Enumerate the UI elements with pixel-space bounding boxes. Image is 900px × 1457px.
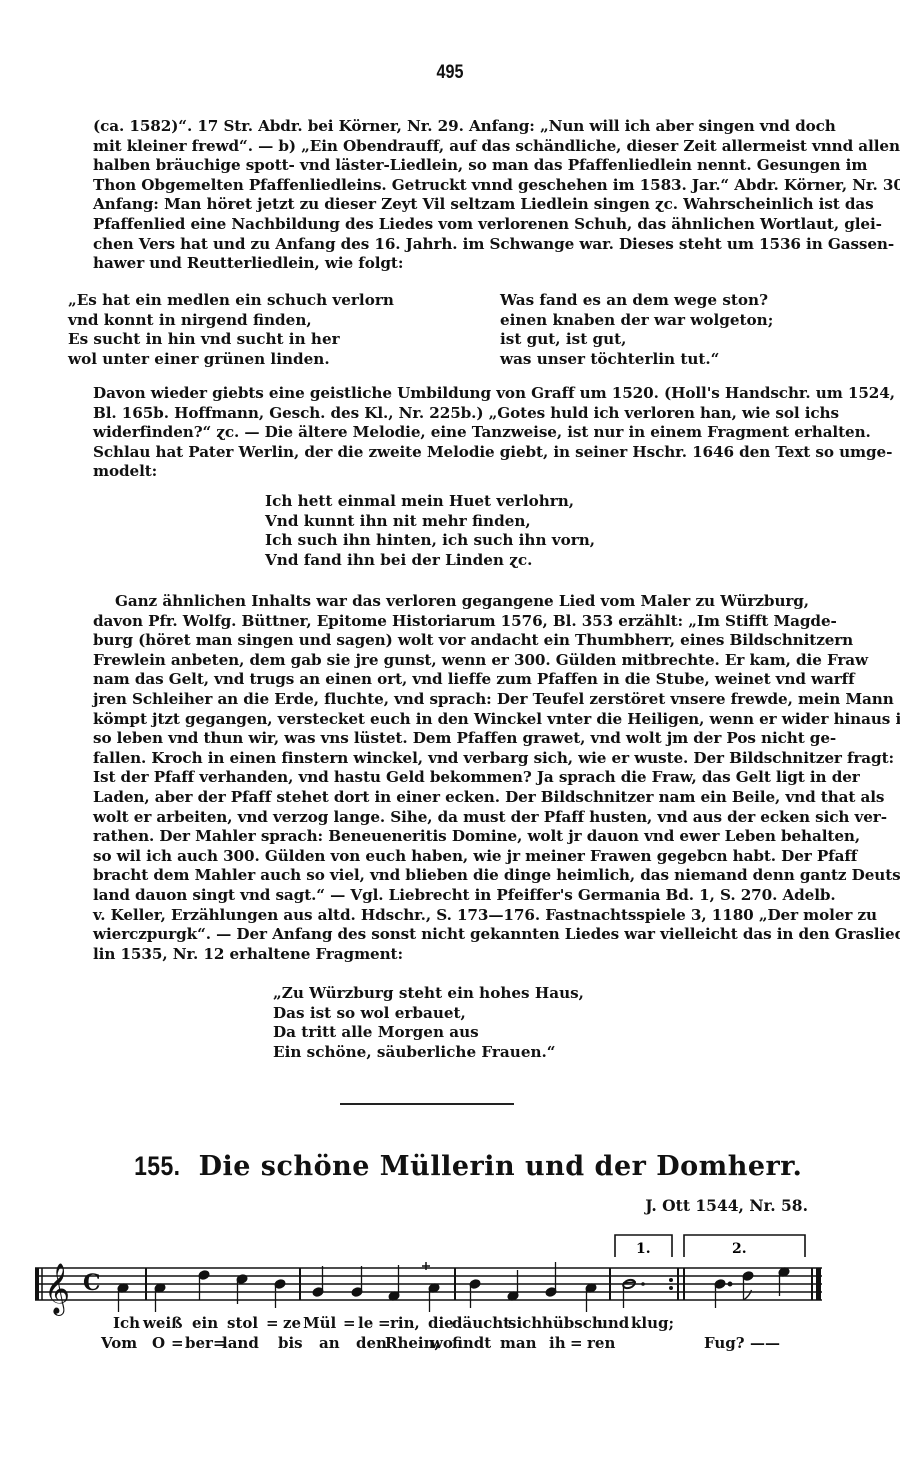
text-line: (ca. 1582)“. 17 Str. Abdr. bei Körner, N… [93, 117, 809, 137]
text-line: Davon wieder giebts eine geistliche Umbi… [93, 384, 809, 404]
notes [117, 1262, 790, 1312]
page-number: 495 [68, 62, 833, 84]
text-line: Laden, aber der Pfaff stehet dort in ein… [93, 788, 809, 808]
lyric-syllable: ih [549, 1334, 566, 1352]
verse-line: Ein schöne, säuberliche Frauen.“ [273, 1043, 584, 1063]
verse-line: Da tritt alle Morgen aus [273, 1023, 584, 1043]
paragraph-1: (ca. 1582)“. 17 Str. Abdr. bei Körner, N… [93, 117, 809, 274]
verse-line: Vnd fand ihn bei der Linden ɀc. [265, 551, 595, 571]
text-line: Pfaffenlied eine Nachbildung des Liedes … [93, 215, 809, 235]
text-line: kömpt jtzt gegangen, verstecket euch in … [93, 710, 809, 730]
lyric-syllable: ber [185, 1334, 213, 1352]
text-line: Schlau hat Pater Werlin, der die zweite … [93, 443, 809, 463]
lyric-syllable: = [343, 1314, 356, 1332]
section-heading: 155.Die schöne Müllerin und der Domherr. [130, 1151, 802, 1182]
text-line: Frewlein anbeten, dem gab sie jre gunst,… [93, 651, 809, 671]
lyric-syllable: land [222, 1334, 259, 1352]
verse-line: „Es hat ein medlen ein schuch verlorn [68, 291, 394, 311]
lyric-syllable: wo [430, 1334, 453, 1352]
lyric-syllable: den [356, 1334, 387, 1352]
section-divider [340, 1103, 514, 1105]
lyric-syllable: klug; [631, 1314, 674, 1332]
verse-line: vnd konnt in nirgend finden, [68, 311, 394, 331]
lyric-syllable: ze [283, 1314, 301, 1332]
volta-1-label: 1. [636, 1241, 651, 1257]
text-line: Ganz ähnlichen Inhalts war das verloren … [93, 592, 809, 612]
lyric-syllable: bis [278, 1334, 303, 1352]
treble-clef-icon: 𝄞 [44, 1263, 70, 1316]
lyrics-line-2: VomO=ber=landbisandenRhein,wofindtmanih=… [0, 1334, 900, 1356]
lyric-syllable: Mül [303, 1314, 336, 1332]
text-line: v. Keller, Erzählungen aus altd. Hdschr.… [93, 906, 809, 926]
text-line: nam das Gelt, vnd trugs an einen ort, vn… [93, 670, 809, 690]
lyric-syllable: = [266, 1314, 279, 1332]
text-line: Bl. 165b. Hoffmann, Gesch. des Kl., Nr. … [93, 404, 809, 424]
verse-3: „Zu Würzburg steht ein hohes Haus,Das is… [273, 984, 584, 1062]
lyric-syllable: däucht [452, 1314, 510, 1332]
lyric-syllable: ren [587, 1334, 615, 1352]
text-line: halben bräuchige spott- vnd läster-Liedl… [93, 156, 809, 176]
paragraph-2: Davon wieder giebts eine geistliche Umbi… [93, 384, 809, 482]
text-line: Anfang: Man höret jetzt zu dieser Zeyt V… [93, 195, 809, 215]
text-line: land dauon singt vnd sagt.“ — Vgl. Liebr… [93, 886, 809, 906]
lyric-syllable: und [597, 1314, 629, 1332]
lyrics-line-1: Ichweißeinstol=zeMül=le=rin,diedäuchtsic… [0, 1314, 900, 1336]
lyric-syllable: = [378, 1314, 391, 1332]
verse-2: Ich hett einmal mein Huet verlohrn,Vnd k… [265, 492, 595, 570]
text-line: lin 1535, Nr. 12 erhaltene Fragment: [93, 945, 809, 965]
verse-line: einen knaben der war wolgeton; [500, 311, 773, 331]
text-line: modelt: [93, 462, 809, 482]
verse-line: Das ist so wol erbauet, [273, 1004, 584, 1024]
lyric-syllable: hübsch [542, 1314, 603, 1332]
verse-line: Es sucht in hin vnd sucht in her [68, 330, 394, 350]
lyric-syllable: Vom [101, 1334, 137, 1352]
lyric-syllable: —— [750, 1334, 780, 1352]
text-line: jren Schleiher an die Erde, fluchte, vnd… [93, 690, 809, 710]
text-line: burg (höret man singen und sagen) wolt v… [93, 631, 809, 651]
verse-line: „Zu Würzburg steht ein hohes Haus, [273, 984, 584, 1004]
lyric-syllable: Fug? [704, 1334, 745, 1352]
verse-line: wol unter einer grünen linden. [68, 350, 394, 370]
text-line: so leben vnd thun wir, was vns lüstet. D… [93, 729, 809, 749]
text-line: fallen. Kroch in einen finstern winckel,… [93, 749, 809, 769]
lyric-syllable: die [428, 1314, 454, 1332]
lyric-syllable: = [171, 1334, 184, 1352]
verse-line: Vnd kunnt ihn nit mehr finden, [265, 512, 595, 532]
lyric-syllable: le [358, 1314, 373, 1332]
verse-line: ist gut, ist gut, [500, 330, 773, 350]
verse-line: Ich hett einmal mein Huet verlohrn, [265, 492, 595, 512]
verse-line: Was fand es an dem wege ston? [500, 291, 773, 311]
verse-line: was unser töchterlin tut.“ [500, 350, 773, 370]
text-line: mit kleiner frewd“. — b) „Ein Obendrauff… [93, 137, 809, 157]
verse-1-right-column: Was fand es an dem wege ston?einen knabe… [500, 291, 773, 369]
lyric-syllable: stol [227, 1314, 258, 1332]
text-line: bracht dem Mahler auch so viel, vnd blie… [93, 866, 809, 886]
lyric-syllable: findt [452, 1334, 491, 1352]
section-source: J. Ott 1544, Nr. 58. [645, 1196, 808, 1215]
section-title: Die schöne Müllerin und der Domherr. [199, 1151, 803, 1182]
text-line: wolt er arbeiten, vnd verzog lange. Sihe… [93, 808, 809, 828]
text-line: widerfinden?“ ɀc. — Die ältere Melodie, … [93, 423, 809, 443]
text-line: so wil ich auch 300. Gülden von euch hab… [93, 847, 809, 867]
lyric-syllable: sich [508, 1314, 542, 1332]
section-number: 155. [134, 1151, 180, 1182]
text-line: wierczpurgk“. — Der Anfang des sonst nic… [93, 925, 809, 945]
text-line: rathen. Der Mahler sprach: Beneueneritis… [93, 827, 809, 847]
text-line: Thon Obgemelten Pfaffenliedleins. Getruc… [93, 176, 809, 196]
lyric-syllable: an [319, 1334, 340, 1352]
verse-1-left-column: „Es hat ein medlen ein schuch verlornvnd… [68, 291, 394, 369]
paragraph-3: Ganz ähnlichen Inhalts war das verloren … [93, 592, 809, 964]
text-line: hawer und Reutterliedlein, wie folgt: [93, 254, 809, 274]
common-time-icon: C [83, 1270, 101, 1296]
verse-line: Ich such ihn hinten, ich such ihn vorn, [265, 531, 595, 551]
lyric-syllable: man [500, 1334, 537, 1352]
lyric-syllable: ein [192, 1314, 218, 1332]
lyric-syllable: O [152, 1334, 165, 1352]
lyric-syllable: rin, [390, 1314, 420, 1332]
lyric-syllable: weiß [143, 1314, 183, 1332]
text-line: davon Pfr. Wolfg. Büttner, Epitome Histo… [93, 612, 809, 632]
lyric-syllable: = [570, 1334, 583, 1352]
text-line: chen Vers hat und zu Anfang des 16. Jahr… [93, 235, 809, 255]
volta-2-label: 2. [732, 1241, 747, 1257]
text-line: Ist der Pfaff verhanden, vnd hastu Geld … [93, 768, 809, 788]
lyric-syllable: Ich [113, 1314, 140, 1332]
